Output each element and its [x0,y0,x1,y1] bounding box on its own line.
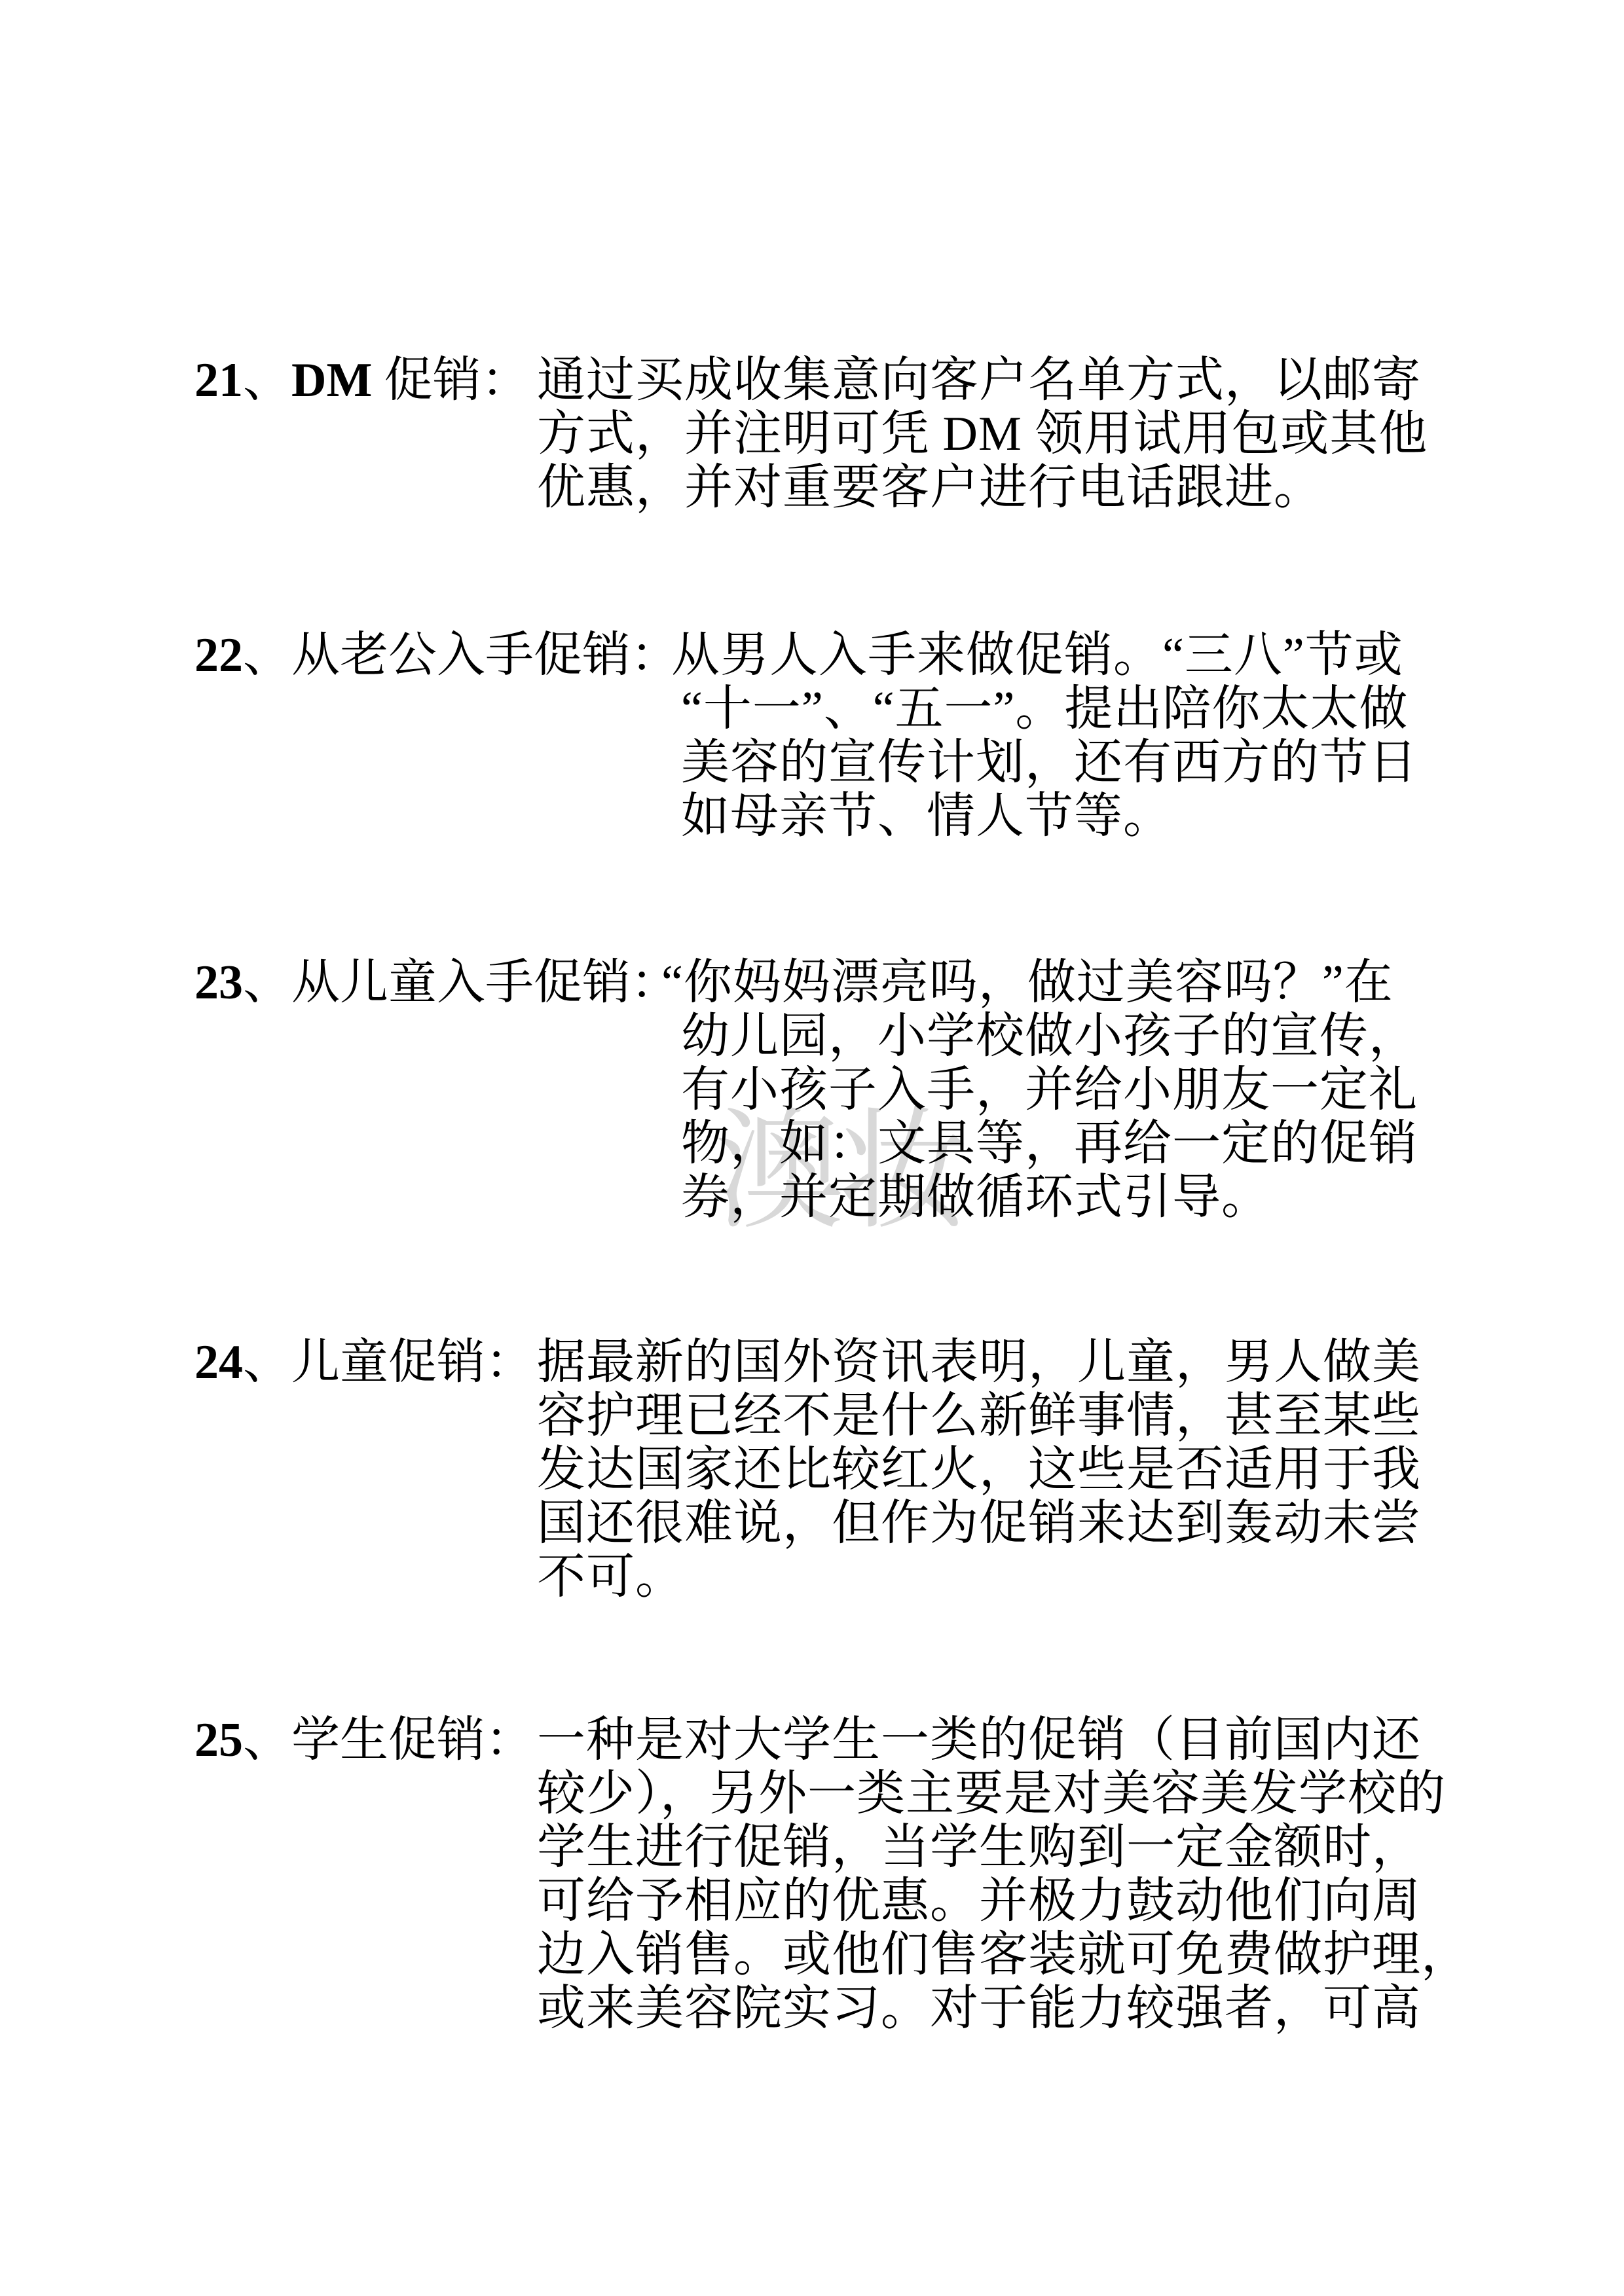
item-body-line: 一种是对大学生一类的促销（目前国内还 [537,1712,1421,1768]
item-label: 24、儿童促销： [194,1334,534,1391]
item-body-line: 通过买成收集意向客户名单方式，以邮寄 [537,352,1421,409]
item-separator: 、 [243,629,291,682]
item-body-line: 从男人入手来做促销。“三八”节或 [671,627,1403,683]
item-label-text: 儿童促销： [291,1336,534,1389]
item-body-line: 较少），另外一类主要是对美容美发学校的 [537,1766,1446,1822]
item-number: 23 [194,956,243,1010]
item-body-line: 优惠，并对重要客户进行电话跟进。 [537,460,1323,516]
item-label: 23、从儿童入手促销： [194,955,679,1011]
item-body-line: 券，并定期做循环式引导。 [681,1169,1270,1226]
item-label: 22、从老公入手促销： [194,627,679,683]
item-body-line: 幼儿园，小学校做小孩子的宣传， [681,1008,1418,1065]
item-body-line: 边入销售。或他们售客装就可免费做护理， [537,1927,1470,1983]
item-body-line: “十一”、“五一”。提出陪你太太做 [681,681,1408,737]
item-label-text: 促销： [372,354,530,407]
item-number: 21 [194,354,243,407]
item-body-line: 有小孩子入手，并给小朋友一定礼 [681,1062,1418,1118]
item-body-line: 方式，并注明可凭 DM 领用试用包或其他 [537,406,1428,462]
item-separator: 、 [243,354,291,407]
item-body-line: 如母亲节、情人节等。 [681,788,1172,845]
item-body-line: 物，如：文具等，再给一定的促销 [681,1116,1418,1172]
item-number: 24 [194,1336,243,1389]
item-body-line: 学生进行促销，当学生购到一定金额时， [537,1819,1421,1876]
item-separator: 、 [243,1713,291,1767]
item-body-line: 不可。 [537,1549,684,1605]
item-body-line: 美容的宣传计划，还有西方的节日 [681,735,1418,791]
item-label-latin: DM [291,354,372,407]
item-body-line: 或来美容院实习。对于能力较强者，可高 [537,1980,1421,2037]
item-body-line: 容护理已经不是什么新鲜事情，甚至某些 [537,1388,1421,1444]
item-number: 22 [194,629,243,682]
item-separator: 、 [243,1336,291,1389]
item-body-line: 发达国家还比较红火，这些是否适用于我 [537,1442,1421,1498]
item-body-line: 可给予相应的优惠。并极力鼓动他们向周 [537,1873,1421,1929]
item-body-line: “你妈妈漂亮吗，做过美容吗？”在 [661,955,1393,1011]
item-label-text: 从儿童入手促销： [291,956,679,1010]
item-number: 25 [194,1713,243,1767]
item-label: 21、DM 促销： [194,352,530,409]
item-body-line: 国还很难说，但作为促销来达到轰动未尝 [537,1495,1421,1552]
item-label-text: 学生促销： [291,1713,534,1767]
item-label-text: 从老公入手促销： [291,629,679,682]
item-label: 25、学生促销： [194,1712,534,1768]
item-body-line: 据最新的国外资讯表明，儿童，男人做美 [537,1334,1421,1391]
item-separator: 、 [243,956,291,1010]
